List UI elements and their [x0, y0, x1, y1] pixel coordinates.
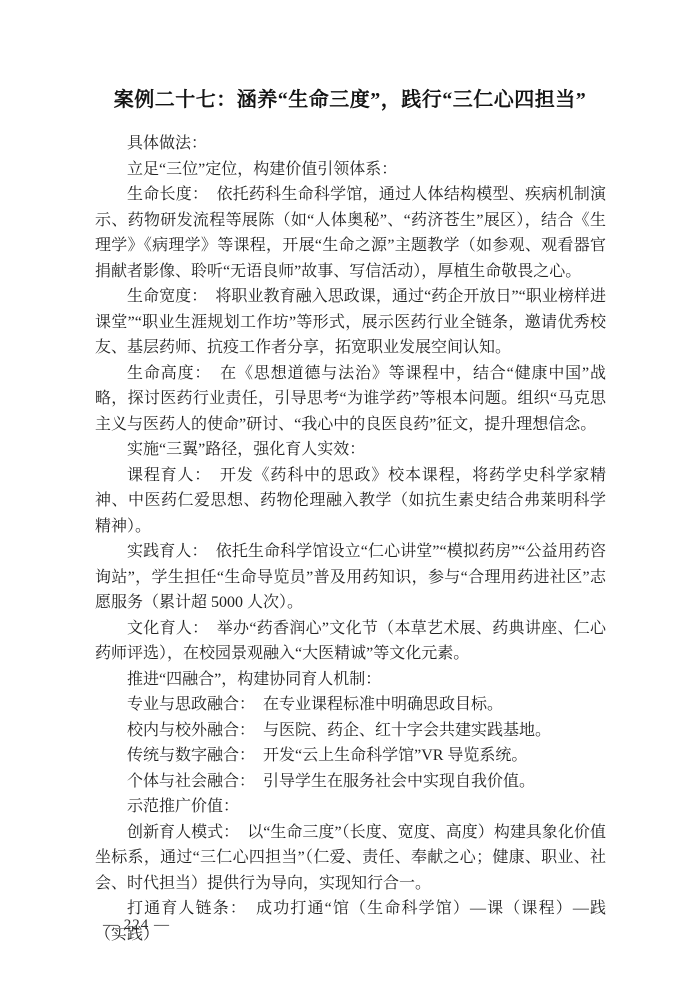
paragraph: 传统与数字融合： 开发“云上生命科学馆”VR 导览系统。 [95, 743, 606, 769]
paragraph: 生命长度： 依托药科生命科学馆，通过人体结构模型、疾病机制演示、药物研发流程等展… [95, 182, 606, 284]
paragraph: 专业与思政融合： 在专业课程标准中明确思政目标。 [95, 692, 606, 718]
paragraph: 推进“四融合”，构建协同育人机制： [95, 667, 606, 693]
paragraph: 课程育人： 开发《药科中的思政》校本课程，将药学史科学家精神、中医药仁爱思想、药… [95, 463, 606, 540]
paragraph: 文化育人： 举办“药香润心”文化节（本草艺术展、药典讲座、仁心药师评选），在校园… [95, 616, 606, 667]
paragraph: 个体与社会融合： 引导学生在服务社会中实现自我价值。 [95, 769, 606, 795]
document-page: 案例二十七：涵养“生命三度”，践行“三仁心四担当” 具体做法：立足“三位”定位，… [0, 0, 700, 989]
document-body: 具体做法：立足“三位”定位，构建价值引领体系：生命长度： 依托药科生命科学馆，通… [95, 131, 606, 947]
paragraph: 创新育人模式： 以“生命三度”（长度、宽度、高度）构建具象化价值坐标系，通过“三… [95, 820, 606, 897]
page-number: — 224 — [103, 915, 170, 935]
paragraph: 实施“三翼”路径，强化育人实效： [95, 437, 606, 463]
paragraph: 校内与校外融合： 与医院、药企、红十字会共建实践基地。 [95, 718, 606, 744]
paragraph: 实践育人： 依托生命科学馆设立“仁心讲堂”“模拟药房”“公益用药咨询站”，学生担… [95, 539, 606, 616]
paragraph: 打通育人链条： 成功打通“馆（生命科学馆）—课（课程）—践（实践） [95, 896, 606, 947]
paragraph: 示范推广价值： [95, 794, 606, 820]
paragraph: 立足“三位”定位，构建价值引领体系： [95, 157, 606, 183]
paragraph: 生命宽度： 将职业教育融入思政课，通过“药企开放日”“职业榜样进课堂”“职业生涯… [95, 284, 606, 361]
page-title: 案例二十七：涵养“生命三度”，践行“三仁心四担当” [0, 0, 700, 115]
paragraph: 具体做法： [95, 131, 606, 157]
paragraph: 生命高度： 在《思想道德与法治》等课程中，结合“健康中国”战略，探讨医药行业责任… [95, 361, 606, 438]
